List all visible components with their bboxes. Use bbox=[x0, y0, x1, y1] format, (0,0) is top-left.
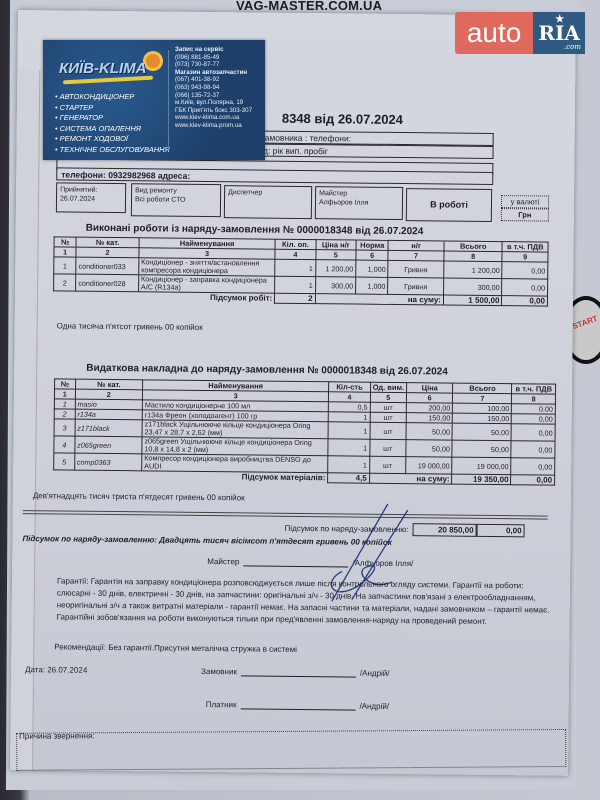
works-table: №№ кат.НайменуванняКіл. оп.Ціна н/гНорма… bbox=[53, 236, 549, 306]
unit: шт bbox=[370, 402, 406, 412]
booking-label: Запис на сервіс bbox=[175, 46, 224, 53]
card-divider bbox=[168, 50, 169, 150]
quantity: 1 bbox=[328, 422, 370, 439]
shop-label: Магазин автозапчастин bbox=[175, 69, 247, 76]
column-index: 7 bbox=[388, 250, 444, 261]
card-service-item: СИСТЕМА ОПАЛЕННЯ bbox=[55, 124, 170, 135]
sun-icon bbox=[146, 54, 160, 68]
currency-label: у валюті bbox=[501, 195, 549, 209]
logo-suffix: .com bbox=[564, 43, 581, 51]
summary-label: Підсумок матеріалів: bbox=[54, 470, 328, 483]
column-header: № bbox=[54, 237, 76, 247]
row-number: 2 bbox=[54, 274, 76, 291]
divider bbox=[23, 510, 548, 519]
column-header: Од. вим. bbox=[370, 382, 406, 392]
summary-qty: 2 bbox=[275, 293, 316, 303]
card-contacts: Запис на сервіс (096) 881-85-49 (073) 73… bbox=[175, 46, 252, 130]
dispatcher-label: Диспетчер bbox=[228, 188, 308, 198]
catalog-number: comp0363 bbox=[74, 453, 141, 471]
recommendations: Рекомендації: Без гарантії.Присутня мета… bbox=[54, 642, 297, 654]
price: 150,00 bbox=[406, 413, 453, 423]
column-header: н/г bbox=[388, 240, 444, 251]
vat: 0,00 bbox=[502, 262, 548, 279]
total: 19 000,00 bbox=[452, 457, 511, 475]
document-title: 8348 від 26.07.2024 bbox=[282, 111, 403, 127]
column-index: 5 bbox=[316, 250, 357, 260]
watermark-url: VAG-MASTER.COM.UA bbox=[236, 0, 382, 13]
total: 1 200,00 bbox=[444, 261, 503, 279]
quantity: 1 bbox=[275, 259, 316, 276]
accepted-date: 26.07.2024 bbox=[60, 194, 122, 204]
column-header: Всього bbox=[444, 241, 503, 252]
logo-auto: auto bbox=[455, 12, 533, 54]
works-title: Виконані роботи із наряду-замовлення № 0… bbox=[86, 223, 424, 238]
row-number: 4 bbox=[54, 436, 75, 453]
row-number: 1 bbox=[54, 257, 76, 274]
total: 50,00 bbox=[452, 440, 511, 458]
quantity: 1 bbox=[328, 439, 370, 456]
item-name: Компресор кондиціонера виробництва DENSO… bbox=[142, 454, 328, 473]
vat: 0,00 bbox=[502, 279, 548, 296]
column-header: № кат. bbox=[75, 379, 142, 390]
reason-box: Причина звернення: bbox=[16, 729, 566, 771]
column-header: в т.ч. ПДВ bbox=[502, 242, 548, 252]
materials-title: Видаткова накладна до наряду-замовлення … bbox=[86, 363, 448, 378]
catalog-number: z171black bbox=[75, 419, 142, 437]
column-header: Ціна н/г bbox=[316, 240, 357, 250]
logo-ria: ★RIA.com bbox=[533, 12, 585, 54]
column-index: 4 bbox=[329, 392, 370, 402]
unit: Гривня bbox=[388, 277, 444, 295]
total: 50,00 bbox=[452, 423, 511, 441]
price: 300,00 bbox=[315, 277, 356, 294]
card-service-item: ТЕХНІЧНЕ ОБСЛУГОВУВАННЯ bbox=[55, 145, 170, 156]
master-box: Майстер Алфьоров Ілля bbox=[315, 186, 403, 220]
quantity: 0,5 bbox=[329, 402, 370, 412]
sum-total: 19 350,00 bbox=[452, 474, 511, 485]
card-brand: КИЇВ-KLIMA bbox=[59, 60, 147, 77]
sum-vat: 0,00 bbox=[511, 475, 555, 485]
column-header: № кат. bbox=[76, 237, 139, 248]
price: 50,00 bbox=[406, 440, 453, 457]
column-index: 2 bbox=[76, 247, 139, 258]
shop-phone: (063) 943-98-94 bbox=[175, 84, 252, 92]
card-service-item: ГЕНЕРАТОР bbox=[55, 113, 170, 124]
row-number: 5 bbox=[54, 453, 75, 470]
vat: 0,00 bbox=[512, 414, 556, 424]
master-value: Алфьоров Ілля bbox=[319, 198, 399, 208]
sum-vat: 0,00 bbox=[502, 296, 548, 306]
vin-row: Код: рік вип. пробіг bbox=[248, 143, 493, 159]
works-sum-in-words: Одна тисяча п'ятсот гривень 00 копійок bbox=[57, 321, 203, 332]
column-index: 4 bbox=[275, 249, 316, 259]
customer-signature: Замовник /Андрій/ bbox=[201, 667, 390, 678]
autoria-logo: auto ★RIA.com bbox=[455, 12, 585, 54]
column-index: 8 bbox=[512, 394, 556, 404]
catalog-number: conditioner033 bbox=[76, 257, 139, 275]
repair-type-value: Всі роботи СТО bbox=[135, 195, 217, 205]
catalog-number: r134a bbox=[75, 409, 142, 420]
unit: Гривня bbox=[388, 260, 444, 278]
price: 1 200,00 bbox=[315, 260, 356, 277]
sum-label: на суму: bbox=[369, 473, 452, 484]
sum-label: на суму: bbox=[315, 294, 443, 305]
accepted-box: Прийнятий: 26.07.2024 bbox=[56, 182, 126, 213]
catalog-number: conditioner028 bbox=[76, 274, 139, 292]
catalog-number: masio bbox=[75, 399, 142, 410]
column-index: 8 bbox=[444, 251, 503, 262]
column-index: 5 bbox=[370, 392, 406, 402]
payer-signature: Платник /Андрій/ bbox=[206, 700, 389, 711]
card-address: м.Київ, вул.Полярна, 19 bbox=[175, 99, 252, 107]
payer-signature-label: Платник bbox=[206, 700, 237, 709]
norm: 1,000 bbox=[356, 277, 388, 294]
unit: шт bbox=[370, 439, 406, 456]
dispatcher-box: Диспетчер bbox=[224, 185, 312, 219]
column-header: Кіл-сть bbox=[329, 382, 370, 392]
grand-total-vat: 0,00 bbox=[476, 524, 524, 538]
vat: 0,00 bbox=[511, 424, 555, 441]
card-website: www.kiev-klima.prom.ua bbox=[175, 122, 252, 130]
warranty-text: Гарантії: Гарантія на заправку кондиціон… bbox=[57, 575, 557, 628]
document-date: Дата: 26.07.2024 bbox=[25, 665, 87, 675]
item-name: z171black Ущільнююче кільце кондиціонера… bbox=[142, 420, 328, 439]
currency-value: Грн bbox=[501, 208, 549, 222]
price: 50,00 bbox=[406, 423, 453, 440]
item-name: Кондиціонер - заправка кондиціонера A/C … bbox=[138, 275, 275, 293]
item-name: Кондиціонер - зняття/встановлення компре… bbox=[139, 258, 276, 276]
payer-signature-name: /Андрій/ bbox=[359, 702, 389, 711]
column-header: Кіл. оп. bbox=[275, 239, 316, 249]
item-name: z065green Ущільнююче кільце кондиціонера… bbox=[142, 437, 328, 456]
customer-signature-label: Замовник bbox=[201, 667, 237, 676]
card-address-2: ГБК Прип'ять бокс 303-307 bbox=[175, 107, 252, 115]
vat: 0,00 bbox=[512, 404, 556, 414]
booking-phone: (073) 730-87-77 bbox=[175, 61, 252, 69]
column-index: 9 bbox=[502, 252, 548, 262]
row-number: 3 bbox=[54, 419, 75, 436]
price: 19 000,00 bbox=[406, 457, 453, 474]
status-badge: В роботі bbox=[406, 188, 492, 222]
total: 300,00 bbox=[443, 278, 502, 296]
business-card: КИЇВ-KLIMA АВТОКОНДИЦІОНЕРСТАРТЕРГЕНЕРАТ… bbox=[43, 40, 265, 160]
star-icon: ★ bbox=[555, 14, 564, 25]
column-header: № bbox=[55, 379, 76, 389]
price: 200,00 bbox=[406, 403, 453, 413]
row-number: 1 bbox=[54, 399, 75, 409]
signature-line bbox=[241, 675, 356, 677]
shop-phone: (066) 135-72-37 bbox=[175, 92, 252, 100]
reason-label: Причина звернення: bbox=[19, 731, 94, 741]
materials-table: №№ кат.НайменуванняКіл-стьОд. вим.ЦінаВс… bbox=[53, 378, 556, 485]
norm: 1,000 bbox=[356, 260, 388, 277]
unit: шт bbox=[370, 412, 406, 422]
catalog-number: z065green bbox=[75, 436, 142, 454]
column-header: Всього bbox=[453, 383, 512, 394]
unit: шт bbox=[369, 456, 405, 473]
column-index: 6 bbox=[406, 393, 453, 403]
card-services: АВТОКОНДИЦІОНЕРСТАРТЕРГЕНЕРАТОРСИСТЕМА О… bbox=[55, 92, 170, 155]
card-service-item: РЕМОНТ ХОДОВОЇ bbox=[55, 134, 170, 145]
card-service-item: СТАРТЕР bbox=[55, 103, 170, 114]
column-index: 1 bbox=[54, 247, 76, 257]
column-index: 6 bbox=[356, 250, 388, 260]
customer-signature-name: /Андрій/ bbox=[360, 669, 390, 678]
column-index: 7 bbox=[453, 393, 512, 404]
currency-box: у валюті Грн bbox=[501, 195, 549, 222]
column-index: 2 bbox=[75, 389, 142, 400]
booking-phone: (096) 881-85-49 bbox=[175, 54, 252, 62]
shop-phone: (067) 401-38-92 bbox=[175, 76, 252, 84]
total: 150,00 bbox=[453, 413, 512, 424]
repair-type-box: Вид ремонту Всі роботи СТО bbox=[131, 183, 221, 217]
vat: 0,00 bbox=[511, 458, 555, 475]
card-website: www.kiev-klima.com.ua bbox=[175, 114, 252, 122]
row-number: 2 bbox=[54, 409, 75, 419]
column-header: Норма bbox=[356, 240, 388, 250]
start-button-label: START bbox=[571, 314, 599, 331]
column-index: 1 bbox=[54, 389, 75, 399]
sum-total: 1 500,00 bbox=[443, 295, 502, 306]
quantity: 1 bbox=[328, 456, 370, 473]
quantity: 1 bbox=[275, 276, 316, 293]
summary-label: Підсумок робіт: bbox=[53, 291, 274, 303]
vat: 0,00 bbox=[511, 441, 555, 458]
unit: шт bbox=[370, 422, 406, 439]
quantity: 1 bbox=[328, 412, 369, 422]
card-service-item: АВТОКОНДИЦІОНЕР bbox=[55, 92, 170, 103]
summary-qty: 4,5 bbox=[328, 473, 369, 483]
column-header: в т.ч. ПДВ bbox=[512, 384, 556, 394]
master-signature-label: Майстер bbox=[207, 557, 239, 566]
column-header: Ціна bbox=[406, 383, 453, 393]
signature-line bbox=[240, 708, 355, 710]
materials-sum-in-words: Дев'ятнадцять тисяч триста п'ятдесят гри… bbox=[33, 491, 245, 502]
total: 100,00 bbox=[453, 403, 512, 414]
